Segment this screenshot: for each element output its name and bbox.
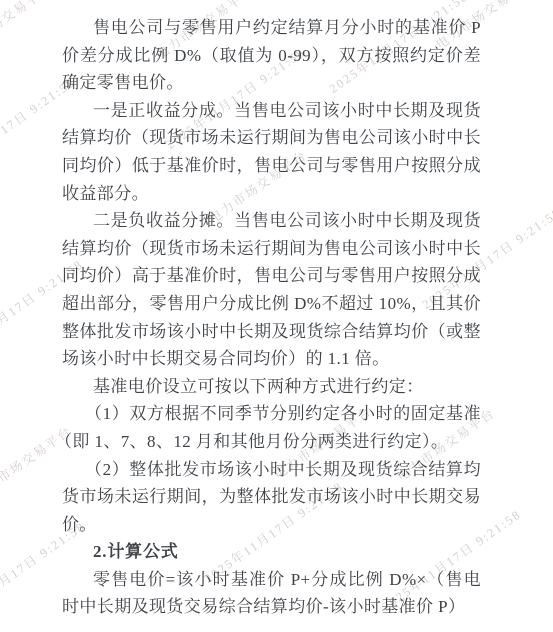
watermark-platform-text: 电力市场交易平台	[0, 0, 55, 60]
text-line: 收益部分。	[62, 180, 481, 208]
document-content: 售电公司与零售用户约定结算月分小时的基准价 P 和固定价差分成比例 D%（取值为…	[62, 14, 481, 621]
text-line: 超出部分，零售用户分成比例 D%不超过 10%，且其价格不超过	[62, 290, 481, 318]
text-line: 同均价）低于基准价时，售电公司与零售用户按照分成比例分成	[62, 152, 481, 180]
text-line: 一是正收益分成。当售电公司该小时中长期及现货交易综合	[62, 97, 481, 125]
text-line: 售电公司与零售用户约定结算月分小时的基准价 P 和固定	[62, 14, 481, 42]
heading-line: 2.计算公式	[62, 538, 481, 566]
text-line: （1）双方根据不同季节分别约定各小时的固定基准价格	[62, 400, 481, 428]
text-line: 同均价）高于基准价时，售电公司与零售用户按照分成比例分摊	[62, 262, 481, 290]
text-line: 价差分成比例 D%（取值为 0-99），双方按照约定价差分成比例，	[62, 42, 481, 70]
text-line: 结算均价（现货市场未运行期间为售电公司该小时中长期交易合	[62, 235, 481, 263]
document-page: 电力市场交易平台电力市场交易平台电力市场交易平台电力市场交易平台电力市场交易平台…	[0, 0, 553, 632]
text-line: 确定零售电价。	[62, 69, 481, 97]
text-line: 整体批发市场该小时中长期及现货综合结算均价（或整体批发市	[62, 318, 481, 346]
text-line: 基准电价设立可按以下两种方式进行约定：	[62, 373, 481, 401]
text-line: 货市场未运行期间，为整体批发市场该小时中长期交易合同均	[62, 483, 481, 511]
text-line: 场该小时中长期交易合同均价）的 1.1 倍。	[62, 345, 481, 373]
text-line: 价。	[62, 511, 481, 539]
text-line: （2）整体批发市场该小时中长期及现货综合结算均价。现	[62, 456, 481, 484]
text-line: 零售电价=该小时基准价 P+分成比例 D%×（售电公司该小	[62, 566, 481, 594]
text-line: （即 1、7、8、12 月和其他月份分两类进行约定）。	[62, 428, 481, 456]
text-line: 二是负收益分摊。当售电公司该小时中长期及现货交易综合	[62, 207, 481, 235]
text-line: 时中长期及现货交易综合结算均价-该小时基准价 P）	[62, 593, 481, 621]
text-line: 结算均价（现货市场未运行期间为售电公司该小时中长期交易合	[62, 124, 481, 152]
